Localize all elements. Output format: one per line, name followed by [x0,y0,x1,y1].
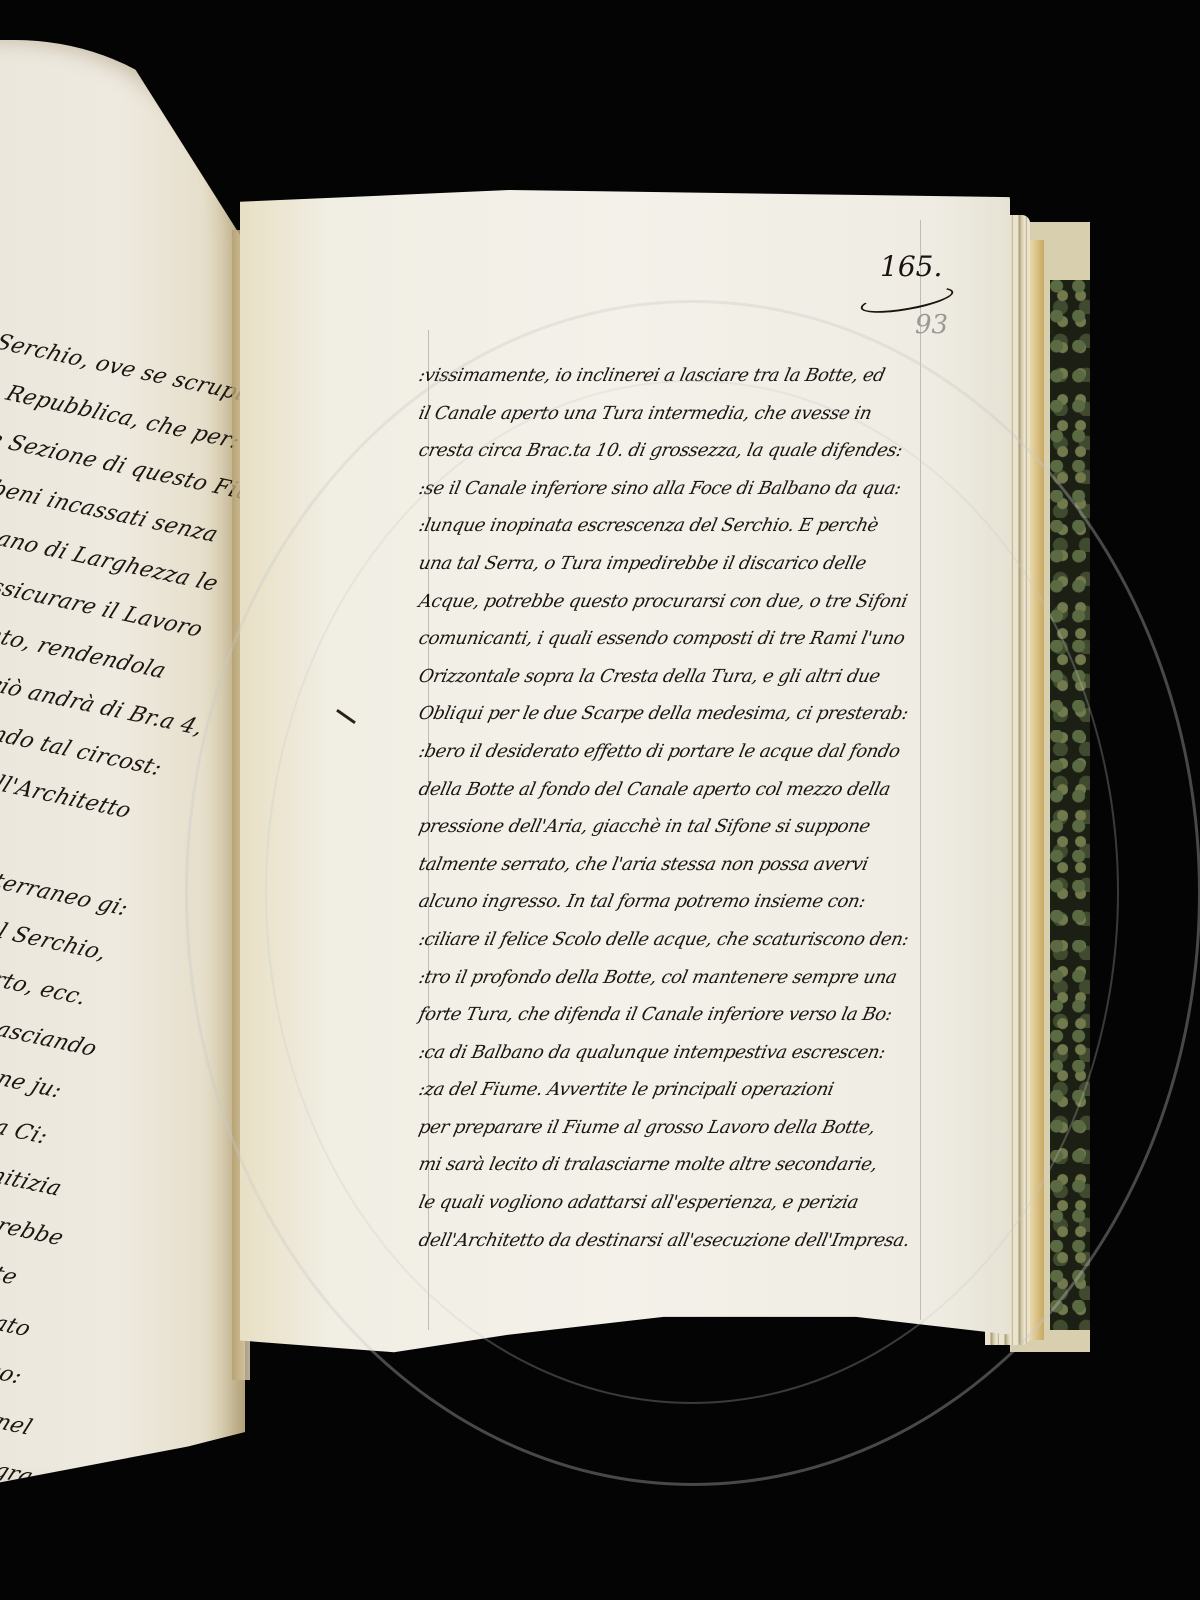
text-line: :za del Fiume. Avvertite le principali o… [415,1071,943,1109]
text-line: :vissimamente, io inclinerei a lasciare … [415,357,943,395]
text-line: :se il Canale inferiore sino alla Foce d… [415,470,943,508]
text-line: forte Tura, che difenda il Canale inferi… [415,996,943,1034]
text-line: pressione dell'Aria, giacchè in tal Sifo… [415,808,943,846]
text-line: Orizzontale sopra la Cresta della Tura, … [415,658,943,696]
text-line: per preparare il Fiume al grosso Lavoro … [415,1109,943,1147]
pencil-folio-number: 93 [915,310,948,340]
text-line: :tro il profondo della Botte, col manten… [415,959,943,997]
text-line: mi sarà lecito di tralasciarne molte alt… [415,1146,943,1184]
text-line: :ciliare il felice Scolo delle acque, ch… [415,921,943,959]
text-line: :ca di Balbano da qualunque intempestiva… [415,1034,943,1072]
text-line: :lunque inopinata escrescenza del Serchi… [415,507,943,545]
right-page-text: :vissimamente, io inclinerei a lasciare … [415,357,935,1259]
left-page-text: del Serchio, ove se scruplo: della Repub… [0,310,195,1487]
text-line: :bero il desiderato effetto di portare l… [415,733,943,771]
text-line: Acque, potrebbe questo procurarsi con du… [415,583,943,621]
text-line: il Canale aperto una Tura intermedia, ch… [415,395,943,433]
marbled-cover-edge [1050,280,1090,1330]
text-line: le quali vogliono adattarsi all'esperien… [415,1184,943,1222]
ink-mark [336,709,356,724]
text-line: cresta circa Brac.ta 10. di grossezza, l… [415,432,943,470]
text-line: talmente serrato, che l'aria stessa non … [415,846,943,884]
text-line: comunicanti, i quali essendo composti di… [415,620,943,658]
text-line: della Botte al fondo del Canale aperto c… [415,771,943,809]
text-line: dell'Architetto da destinarsi all'esecuz… [415,1222,943,1260]
text-line: una tal Serra, o Tura impedirebbe il dis… [415,545,943,583]
cover-inner-edge [1030,240,1044,1340]
folio-number: 165. [880,250,942,283]
right-page: 165. 93 :vissimamente, io inclinerei a l… [240,190,1010,1370]
text-line: Obliqui per le due Scarpe della medesima… [415,695,943,733]
manuscript-photo: del Serchio, ove se scruplo: della Repub… [0,0,1200,1600]
left-page: del Serchio, ove se scruplo: della Repub… [0,40,245,1490]
text-line: alcuno ingresso. In tal forma potremo in… [415,883,943,921]
